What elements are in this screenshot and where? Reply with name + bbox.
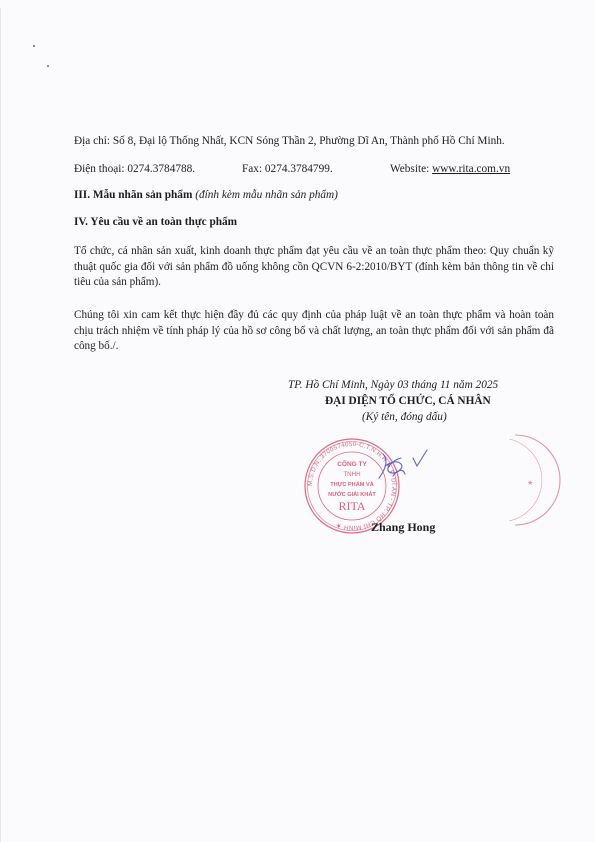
- seal-line-3: THỰC PHẨM VÀ: [330, 481, 374, 488]
- scan-speck: [33, 45, 35, 47]
- seal-line-1: CÔNG TY: [337, 459, 367, 468]
- seal-line-2: TNHH: [343, 471, 360, 478]
- website-label: Website:: [390, 163, 432, 175]
- section-4-heading: IV. Yêu cầu về an toàn thực phẩm: [74, 216, 237, 228]
- section-3-title: III. Mẫu nhãn sản phẩm: [74, 189, 192, 201]
- handwritten-signature-icon: [375, 448, 435, 493]
- website-link[interactable]: www.rita.com.vn: [432, 163, 510, 175]
- seal-line-5: RITA: [338, 499, 365, 513]
- scan-speck: [47, 65, 49, 67]
- signature-note: (Ký tên, đóng dấu): [362, 411, 447, 423]
- svg-text:★: ★: [527, 479, 533, 487]
- website-field: Website: www.rita.com.vn: [390, 163, 510, 175]
- signatory-title: ĐẠI DIỆN TỔ CHỨC, CÁ NHÂN: [325, 395, 491, 407]
- signatory-name: Zhang Hong: [371, 520, 435, 535]
- page-edge: [0, 8, 1, 842]
- paragraph-commitment: Chúng tôi xin cam kết thực hiện đầy đủ c…: [74, 308, 554, 355]
- section-3-note: (đính kèm mẫu nhãn sản phẩm): [195, 189, 338, 201]
- paragraph-food-safety-standard: Tổ chức, cá nhân sản xuất, kinh doanh th…: [74, 244, 554, 291]
- phone-text: Điện thoại: 0274.3784788.: [74, 163, 195, 175]
- partial-seal-icon: ★: [505, 430, 565, 530]
- address-line: Địa chỉ: Số 8, Đại lộ Thống Nhất, KCN Só…: [74, 135, 505, 147]
- seal-line-4: NƯỚC GIẢI KHÁT: [328, 490, 376, 498]
- fax-text: Fax: 0274.3784799.: [242, 163, 333, 175]
- place-date: TP. Hồ Chí Minh, Ngày 03 tháng 11 năm 20…: [288, 379, 498, 391]
- section-3-heading: III. Mẫu nhãn sản phẩm (đính kèm mẫu nhã…: [74, 189, 338, 201]
